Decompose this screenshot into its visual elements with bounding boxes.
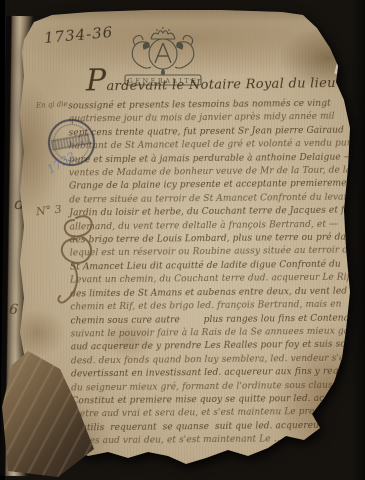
manuscript-heading: Pardevant le Notaire Royal du lieu de Pu… (86, 72, 365, 95)
paper-repair-patch (334, 59, 348, 76)
marginal-note: En ql die (36, 100, 68, 110)
manuscript-line: Vieles aud vrai deu, et s'est maintenant… (72, 433, 352, 449)
stamp-center-band (51, 134, 91, 151)
manuscript-text-block: soussigné et presents les tesmoins bas n… (68, 98, 352, 449)
archival-scan-page: d 6 1734-36 (0, 0, 365, 480)
ink-flourish-paraph (36, 208, 100, 308)
archival-cote: 1734-36 (43, 23, 114, 47)
